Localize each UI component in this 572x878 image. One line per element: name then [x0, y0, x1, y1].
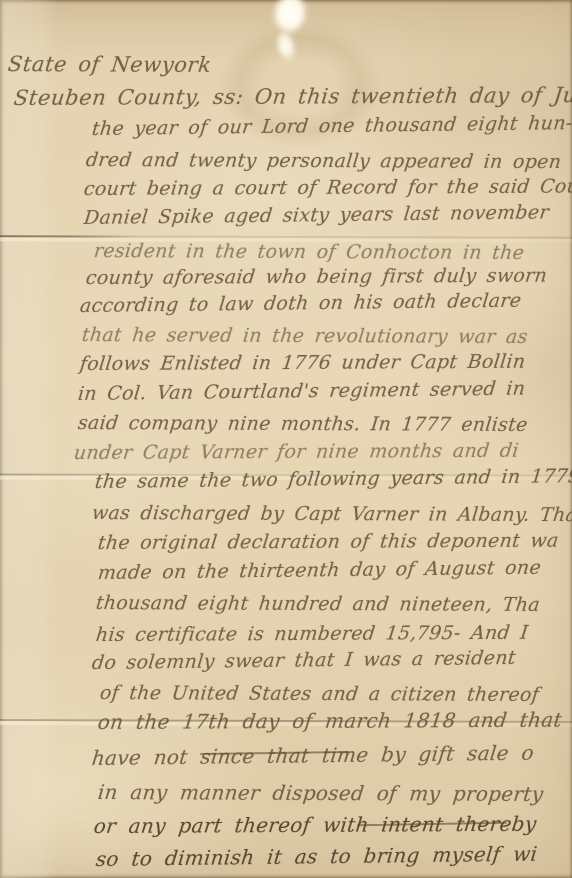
- manuscript-line: thousand eight hundred and nineteen, Tha: [95, 592, 541, 616]
- manuscript-line: the same the two following years and in …: [94, 465, 572, 493]
- manuscript-line: his certificate is numbered 15,795- And …: [95, 622, 530, 646]
- manuscript-line: court being a court of Record for the sa…: [83, 175, 572, 200]
- manuscript-line: the original declaration of this deponen…: [97, 530, 560, 554]
- manuscript-line: so to diminish it as to bring myself wi: [95, 842, 539, 871]
- manuscript-line: the year of our Lord one thousand eight …: [91, 112, 572, 140]
- manuscript-line: Steuben County, ss: On this twentieth da…: [13, 83, 572, 110]
- manuscript-line: on the 17th day of march 1818 and that I: [97, 707, 572, 734]
- manuscript-page: State of Newyork Steuben County, ss: On …: [0, 0, 572, 878]
- manuscript-line: do solemnly swear that I was a resident: [91, 647, 517, 674]
- manuscript-line: in Col. Van Courtland's regiment served …: [77, 378, 527, 405]
- manuscript-line: county aforesaid who being first duly sw…: [85, 265, 549, 289]
- manuscript-line: under Capt Varner for nine months and di: [73, 440, 520, 464]
- manuscript-line: dred and twenty personally appeared in o…: [85, 149, 563, 173]
- manuscript-line: made on the thirteenth day of August one: [97, 557, 543, 584]
- manuscript-line: have not since that time by gift sale o: [91, 741, 536, 770]
- manuscript-line: of the United States and a citizen there…: [99, 682, 541, 706]
- manuscript-line: or any part thereof with intent thereby: [93, 812, 538, 838]
- manuscript-line: said company nine months. In 1777 enlist…: [77, 412, 529, 436]
- manuscript-line: according to law doth on his oath declar…: [79, 290, 523, 317]
- manuscript-line: was discharged by Capt Varner in Albany.…: [91, 502, 572, 526]
- manuscript-line: Daniel Spike aged sixty years last novem…: [83, 201, 550, 229]
- handwritten-text: State of Newyork Steuben County, ss: On …: [0, 0, 572, 878]
- manuscript-line: resident in the town of Conhocton in the: [93, 240, 526, 264]
- manuscript-line: that he served in the revolutionary war …: [81, 324, 529, 348]
- manuscript-line: follows Enlisted in 1776 under Capt Boll…: [79, 351, 527, 375]
- manuscript-line: State of Newyork: [7, 52, 213, 77]
- manuscript-line: in any manner disposed of my property: [97, 780, 545, 806]
